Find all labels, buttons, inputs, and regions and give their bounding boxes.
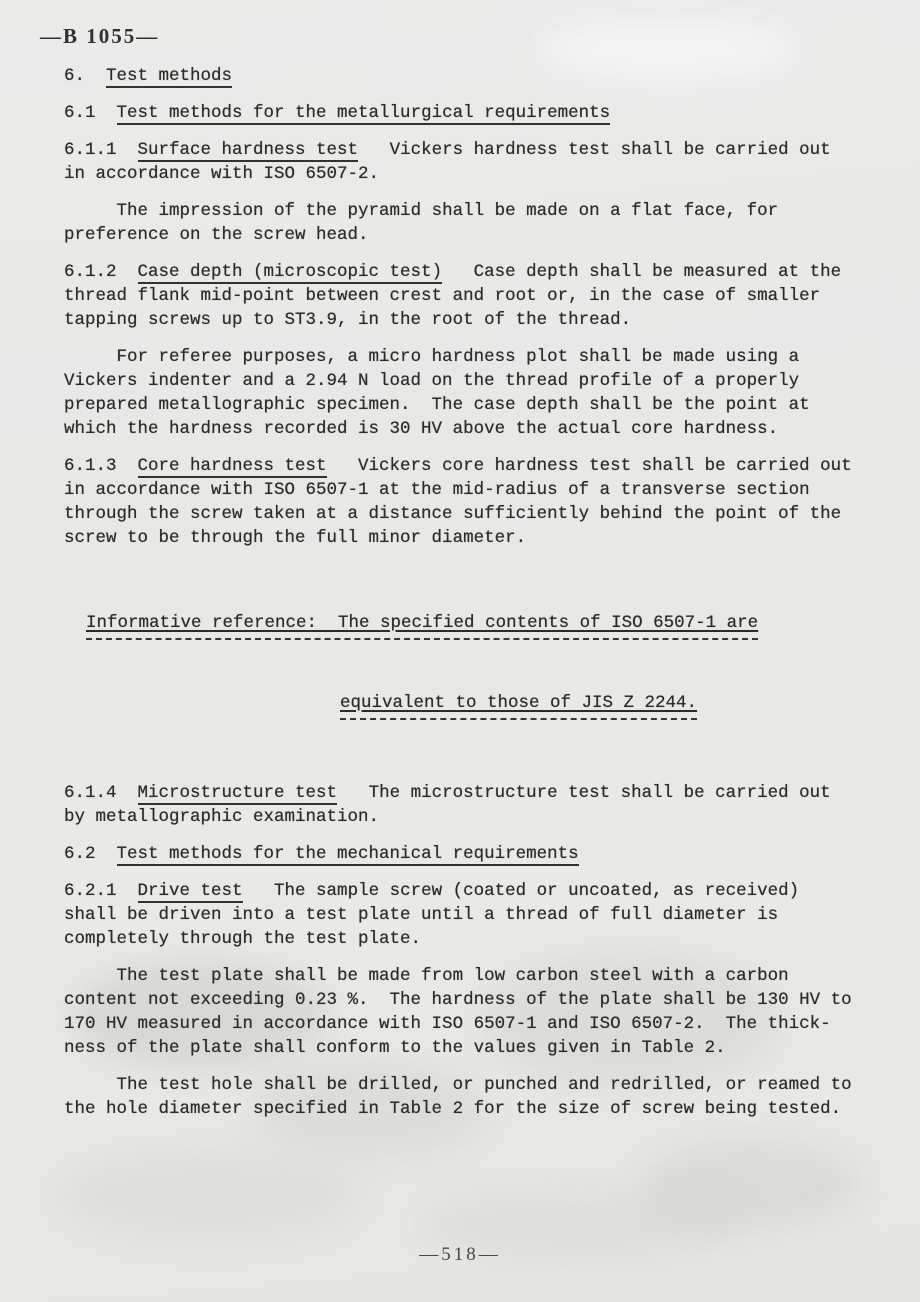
- paragraph-impression: The impression of the pyramid shall be m…: [64, 199, 896, 247]
- section-title: Test methods for the metallurgical requi…: [117, 103, 611, 125]
- informative-reference-text: equivalent to those of JIS Z 2244.: [340, 691, 697, 720]
- paragraph-referee: For referee purposes, a micro hardness p…: [64, 345, 896, 441]
- clause-number: 6.1.3: [64, 456, 138, 476]
- clause-number: 6.1.2: [64, 262, 138, 282]
- clause-title: Case depth (microscopic test): [138, 262, 443, 284]
- scan-smudge: [60, 1150, 360, 1240]
- clause-title: Core hardness test: [138, 456, 327, 478]
- section-number: 6.2: [64, 844, 117, 864]
- clause-6-1-4: 6.1.4 Microstructure test The microstruc…: [64, 781, 896, 829]
- section-heading-6-1: 6.1 Test methods for the metallurgical r…: [64, 101, 896, 125]
- informative-reference-line1: Informative reference: The specified con…: [86, 611, 896, 640]
- clause-number: 6.1.1: [64, 140, 138, 160]
- clause-number: 6.2.1: [64, 881, 138, 901]
- page-number: —518—: [0, 1244, 920, 1266]
- informative-reference-line2: equivalent to those of JIS Z 2244.: [340, 691, 896, 720]
- section-number: 6.: [64, 66, 106, 86]
- clause-number: 6.1.4: [64, 783, 138, 803]
- clause-6-1-1: 6.1.1 Surface hardness test Vickers hard…: [64, 138, 896, 186]
- section-heading-6-2: 6.2 Test methods for the mechanical requ…: [64, 842, 896, 866]
- informative-reference-text: Informative reference: The specified con…: [86, 611, 758, 640]
- clause-title: Surface hardness test: [138, 140, 359, 162]
- section-number: 6.1: [64, 103, 117, 123]
- clause-title: Drive test: [138, 881, 243, 903]
- section-title: Test methods for the mechanical requirem…: [117, 844, 579, 866]
- clause-title: Microstructure test: [138, 783, 338, 805]
- paragraph-test-hole: The test hole shall be drilled, or punch…: [64, 1073, 896, 1121]
- clause-6-2-1: 6.2.1 Drive test The sample screw (coate…: [64, 879, 896, 951]
- standard-code-header: —B 1055—: [40, 24, 159, 49]
- document-body: 6. Test methods 6.1 Test methods for the…: [64, 64, 896, 1134]
- paragraph-test-plate: The test plate shall be made from low ca…: [64, 964, 896, 1060]
- section-heading-6: 6. Test methods: [64, 64, 896, 88]
- section-title: Test methods: [106, 66, 232, 88]
- scan-smudge: [640, 1140, 860, 1230]
- clause-6-1-3: 6.1.3 Core hardness test Vickers core ha…: [64, 454, 896, 550]
- informative-reference: Informative reference: The specified con…: [64, 563, 896, 768]
- clause-6-1-2: 6.1.2 Case depth (microscopic test) Case…: [64, 260, 896, 332]
- scanned-document-page: —B 1055— 6. Test methods 6.1 Test method…: [0, 0, 920, 1302]
